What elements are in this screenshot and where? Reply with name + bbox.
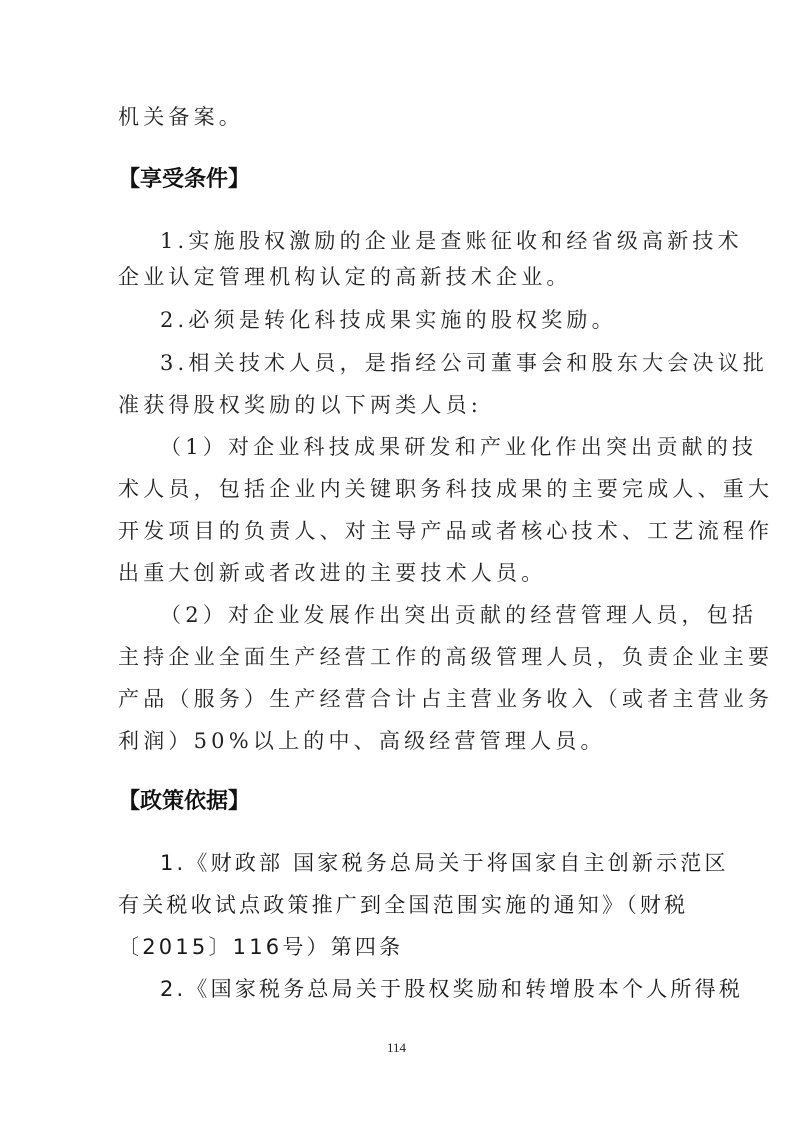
paragraph-line: 出重大创新或者改进的主要技术人员。 [118, 558, 678, 588]
paragraph-line: 利润）50%以上的中、高级经营管理人员。 [118, 726, 678, 756]
paragraph-line: 2.《国家税务总局关于股权奖励和转增股本个人所得税 [160, 974, 678, 1004]
paragraph-line: 有关税收试点政策推广到全国范围实施的通知》（财税 [118, 890, 678, 920]
section-heading-conditions: 【享受条件】 [118, 165, 250, 195]
paragraph-line: 3.相关技术人员，是指经公司董事会和股东大会决议批 [160, 348, 678, 378]
paragraph-line: 2.必须是转化科技成果实施的股权奖励。 [160, 305, 678, 335]
paragraph-line: 术人员，包括企业内关键职务科技成果的主要完成人、重大 [118, 474, 678, 504]
paragraph-line: 企业认定管理机构认定的高新技术企业。 [118, 262, 678, 292]
paragraph-line: 开发项目的负责人、对主导产品或者核心技术、工艺流程作 [118, 516, 678, 546]
paragraph-line: 〔2015〕116号）第四条 [118, 932, 678, 962]
paragraph-line: （1）对企业科技成果研发和产业化作出突出贡献的技 [160, 432, 678, 462]
paragraph-line: 1.实施股权激励的企业是查账征收和经省级高新技术 [160, 226, 678, 256]
paragraph-line: 主持企业全面生产经营工作的高级管理人员，负责企业主要 [118, 642, 678, 672]
paragraph-line: 机关备案。 [118, 102, 678, 132]
paragraph-line: 1.《财政部 国家税务总局关于将国家自主创新示范区 [160, 848, 678, 878]
page-number: 114 [0, 1040, 793, 1056]
paragraph-line: 准获得股权奖励的以下两类人员: [118, 390, 678, 420]
paragraph-line: （2）对企业发展作出突出贡献的经营管理人员，包括 [160, 600, 678, 630]
paragraph-line: 产品（服务）生产经营合计占主营业务收入（或者主营业务 [118, 684, 678, 714]
document-page: 机关备案。 【享受条件】 1.实施股权激励的企业是查账征收和经省级高新技术 企业… [0, 0, 793, 1122]
section-heading-policy-basis: 【政策依据】 [118, 787, 250, 817]
